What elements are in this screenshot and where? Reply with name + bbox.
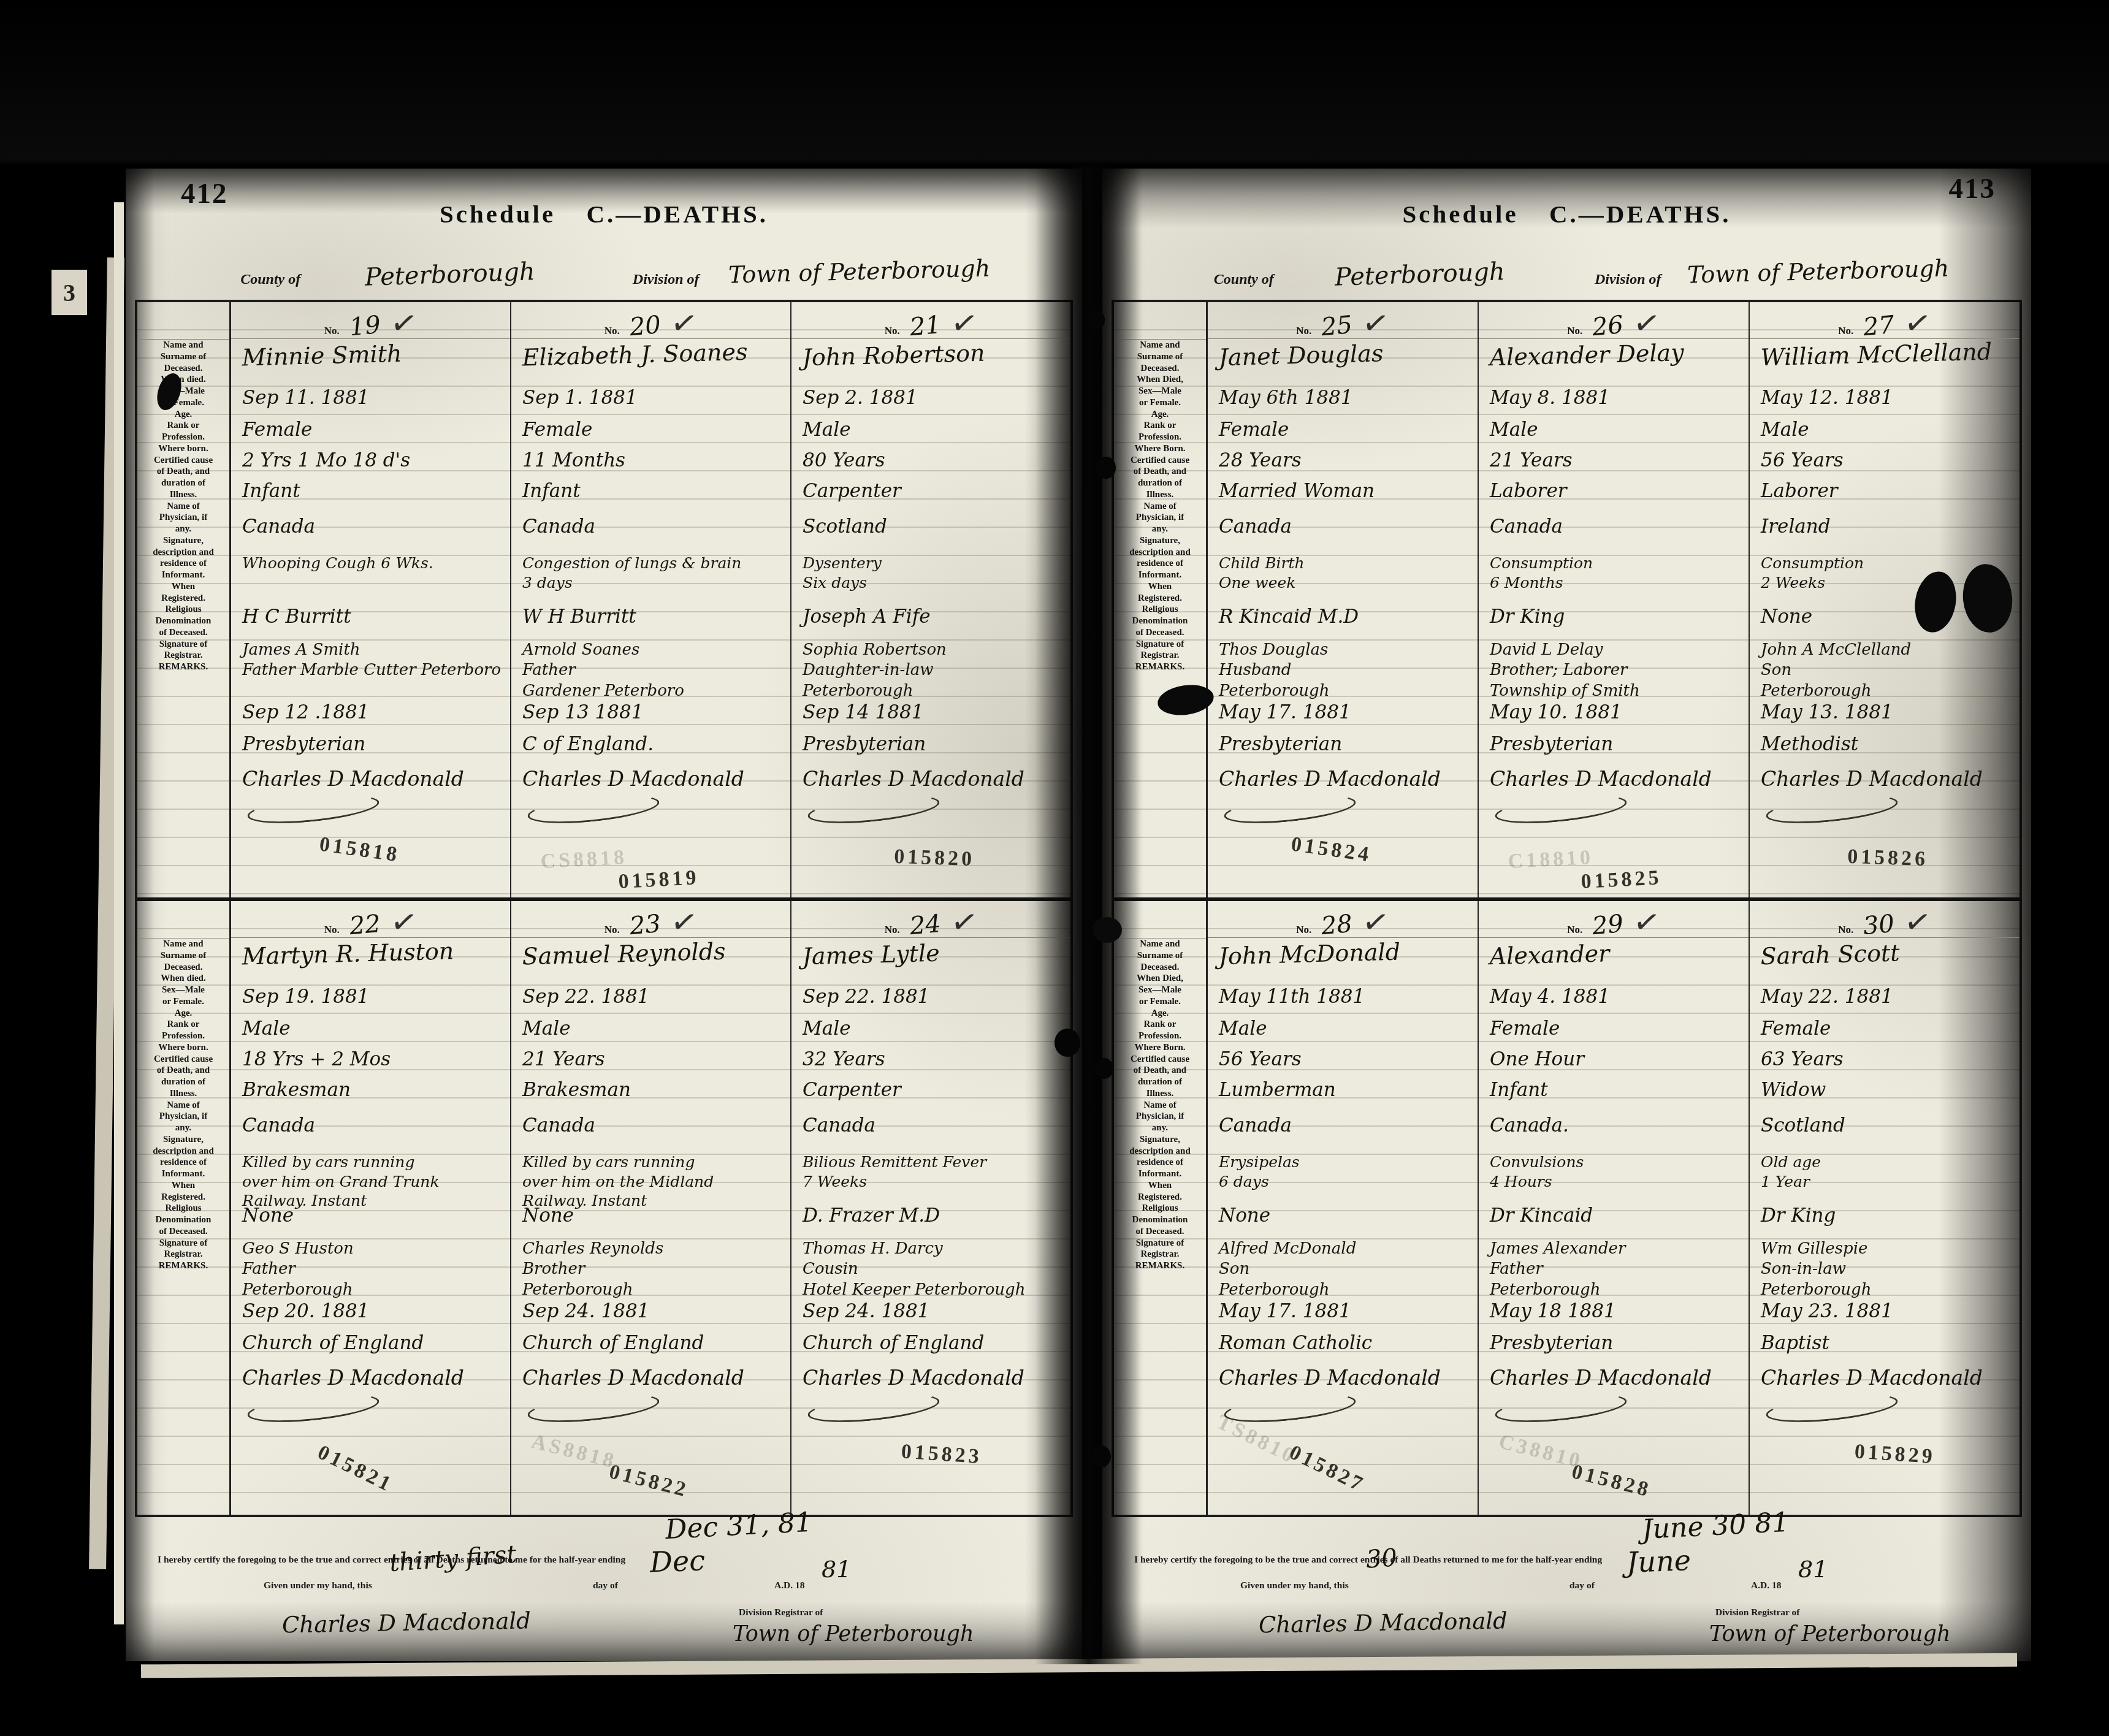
remarks-stamp-number: 015824	[1289, 832, 1373, 867]
age: 63 Years	[1750, 1046, 2019, 1077]
sex: Male	[1479, 417, 1749, 447]
cause-of-death: Killed by cars running over him on Grand…	[231, 1151, 510, 1203]
age: 32 Years	[791, 1046, 1070, 1077]
sex: Female	[1479, 1016, 1749, 1046]
date-registered: May 17. 1881	[1208, 1298, 1478, 1330]
no-label: No.	[1838, 325, 1853, 337]
rank-profession: Infant	[1479, 1077, 1749, 1113]
deceased-name: William McClelland	[1749, 335, 2020, 388]
record-number-row: No. 29 ✓	[1479, 901, 1749, 938]
remarks-stamp-number: 015822	[606, 1460, 690, 1502]
deceased-name: Alexander Delay	[1478, 335, 1749, 388]
registrar-division-value: Town of Peterborough	[1709, 1622, 1950, 1647]
record-number-row: No. 21 ✓	[791, 302, 1070, 339]
informant: John A McClelland Son Peterborough	[1750, 638, 2019, 699]
cause-of-death: Killed by cars running over him on the M…	[511, 1151, 790, 1203]
schedule-title: Schedule C.—DEATHS.	[1102, 199, 2031, 229]
rank-profession: Brakesman	[511, 1077, 790, 1113]
remarks-stamp-number: 015825	[1581, 866, 1663, 894]
row-label: Certified cause of Death, and duration o…	[137, 455, 229, 501]
registrar-signature: Charles D Macdonald	[1259, 1607, 1508, 1638]
county-value: Peterborough	[364, 257, 535, 292]
remarks-stamp-number: 015829	[1854, 1440, 1936, 1469]
age: 2 Yrs 1 Mo 18 d's	[231, 447, 510, 478]
remarks-stamp-number: 015821	[313, 1441, 396, 1497]
where-born: Canada	[1208, 1113, 1478, 1151]
certification-block: I hereby certify the foregoing to be the…	[1102, 1520, 2031, 1658]
ghost-stamp: C18810	[1508, 846, 1594, 874]
row-label: Name and Surname of Deceased.	[137, 340, 229, 374]
deceased-name: John Robertson	[791, 335, 1071, 389]
record-number-row: No. 30 ✓	[1750, 901, 2019, 938]
death-record-column: No. 20 ✓ Elizabeth J. Soanes Sep 1. 1881…	[510, 302, 790, 897]
scanned-register-spread: 3 412 Schedule C.—DEATHS. County of Pete…	[0, 0, 2109, 1736]
ad-18-text: A.D. 18	[774, 1580, 805, 1591]
cause-of-death: Convulsions 4 Hours	[1479, 1151, 1749, 1203]
no-header-spacer	[137, 302, 229, 340]
record-number-row: No. 24 ✓	[791, 901, 1070, 938]
record-number: 28	[1321, 913, 1354, 937]
deceased-name: Janet Douglas	[1207, 335, 1478, 388]
cause-of-death: Erysipelas 6 days	[1208, 1151, 1478, 1203]
rank-profession: Laborer	[1750, 478, 2019, 514]
no-label: No.	[324, 924, 340, 936]
religious-denomination: Presbyterian	[1479, 1330, 1749, 1364]
check-mark-icon: ✓	[668, 310, 699, 340]
where-born: Canada	[511, 514, 790, 552]
row-label-column: Name and Surname of Deceased.When died.S…	[137, 302, 231, 897]
row-label: Sex—Male or Female.	[137, 984, 229, 1008]
punch-hole	[1091, 1445, 1111, 1468]
death-date: Sep 2. 1881	[791, 385, 1070, 417]
physician: Dr King	[1750, 1203, 2019, 1237]
death-date: Sep 22. 1881	[791, 984, 1070, 1016]
death-record-column: No. 30 ✓ Sarah Scott May 22. 1881 Female…	[1749, 901, 2019, 1515]
rank-profession: Brakesman	[231, 1077, 510, 1113]
physician: Dr King	[1479, 604, 1749, 638]
registrar-signature: Charles D Macdonald	[1208, 1364, 1478, 1423]
row-label: REMARKS.	[137, 1260, 229, 1272]
registrar-signature: Charles D Macdonald	[1479, 765, 1749, 824]
row-label: Name and Surname of Deceased.	[137, 938, 229, 973]
physician: None	[511, 1203, 790, 1237]
age: 18 Yrs + 2 Mos	[231, 1046, 510, 1077]
religious-denomination: C of England.	[511, 731, 790, 765]
age: 80 Years	[791, 447, 1070, 478]
rank-profession: Carpenter	[791, 1077, 1070, 1113]
death-date: May 6th 1881	[1208, 385, 1478, 417]
sex: Male	[511, 1016, 790, 1046]
county-value: Peterborough	[1334, 257, 1505, 292]
row-label: Rank or Profession.	[137, 420, 229, 443]
religious-denomination: Presbyterian	[231, 731, 510, 765]
rank-profession: Laborer	[1479, 478, 1749, 514]
where-born: Canada	[1479, 514, 1749, 552]
no-label: No.	[1296, 325, 1311, 337]
informant: James Alexander Father Peterborough	[1479, 1237, 1749, 1298]
informant: Wm Gillespie Son-in-law Peterborough	[1750, 1237, 2019, 1298]
county-label: County of	[1214, 272, 1274, 288]
where-born: Canada	[231, 1113, 510, 1151]
sex: Male	[791, 417, 1070, 447]
entries-block-19-21: Name and Surname of Deceased.When died.S…	[137, 302, 1070, 901]
no-label: No.	[1567, 325, 1582, 337]
date-registered: Sep 14 1881	[791, 699, 1070, 731]
record-number: 20	[628, 314, 662, 338]
entries-block-28-30: Name and Surname of Deceased.When Died,S…	[1114, 901, 2019, 1515]
row-label: Age.	[137, 409, 229, 421]
deceased-name: Elizabeth J. Soanes	[511, 335, 791, 389]
physician: R Kincaid M.D	[1208, 604, 1478, 638]
death-date: Sep 19. 1881	[231, 984, 510, 1016]
where-born: Scotland	[791, 514, 1070, 552]
record-number-row: No. 28 ✓	[1208, 901, 1478, 938]
death-date: Sep 22. 1881	[511, 984, 790, 1016]
where-born: Scotland	[1750, 1113, 2019, 1151]
registrar-signature: Charles D Macdonald	[282, 1607, 532, 1638]
death-record-column: No. 23 ✓ Samuel Reynolds Sep 22. 1881 Ma…	[510, 901, 790, 1515]
row-label: Where born.	[137, 443, 229, 455]
informant: Alfred McDonald Son Peterborough	[1208, 1237, 1478, 1298]
division-value: Town of Peterborough	[1687, 254, 1950, 288]
deceased-name: Alexander	[1478, 934, 1749, 987]
row-label: Signature, description and residence of …	[137, 535, 229, 581]
row-label: Name of Physician, if any.	[137, 1100, 229, 1134]
check-mark-icon: ✓	[948, 310, 979, 340]
entries-block-22-24: Name and Surname of Deceased.When died.S…	[137, 901, 1070, 1515]
record-number: 22	[348, 913, 381, 937]
row-label: Signature of Registrar.	[137, 639, 229, 662]
remarks-cell: 015825 C18810	[1479, 824, 1749, 897]
registrar-signature: Charles D Macdonald	[1208, 765, 1478, 824]
death-record-column: No. 29 ✓ Alexander May 4. 1881 Female On…	[1478, 901, 1749, 1515]
division-label: Division of	[633, 272, 700, 288]
registrar-signature: Charles D Macdonald	[791, 1364, 1070, 1423]
day-of-text: day of	[1569, 1580, 1595, 1591]
row-label: Certified cause of Death, and duration o…	[137, 1054, 229, 1100]
punch-hole	[1086, 310, 1105, 330]
sex: Female	[1208, 417, 1478, 447]
no-label: No.	[324, 325, 340, 337]
death-date: May 12. 1881	[1750, 385, 2019, 417]
deceased-name: John McDonald	[1207, 934, 1478, 987]
death-date: Sep 11. 1881	[231, 385, 510, 417]
row-label: Signature, description and residence of …	[137, 1134, 229, 1180]
check-mark-icon: ✓	[668, 908, 699, 938]
religious-denomination: Baptist	[1750, 1330, 2019, 1364]
death-record-column: No. 19 ✓ Minnie Smith Sep 11. 1881 Femal…	[231, 302, 510, 897]
certification-month-value: Dec	[649, 1544, 706, 1578]
punch-hole	[1095, 1058, 1113, 1079]
check-mark-icon: ✓	[1902, 310, 1933, 340]
religious-denomination: Presbyterian	[1479, 731, 1749, 765]
deceased-name: Martyn R. Huston	[231, 934, 511, 988]
sex: Male	[231, 1016, 510, 1046]
division-value: Town of Peterborough	[728, 254, 990, 288]
rank-profession: Lumberman	[1208, 1077, 1478, 1113]
death-date: May 11th 1881	[1208, 984, 1478, 1016]
row-label: REMARKS.	[137, 661, 229, 673]
physician: D. Frazer M.D	[791, 1203, 1070, 1237]
record-number: 21	[909, 314, 942, 338]
no-label: No.	[1567, 924, 1582, 936]
punch-hole	[1054, 1029, 1080, 1057]
deaths-table: Name and Surname of Deceased.When died.S…	[135, 300, 1073, 1517]
date-registered: Sep 24. 1881	[511, 1298, 790, 1330]
sex: Male	[1750, 417, 2019, 447]
date-registered: Sep 13 1881	[511, 699, 790, 731]
record-number-row: No. 25 ✓	[1208, 302, 1478, 339]
informant: David L Delay Brother; Laborer Township …	[1479, 638, 1749, 699]
death-record-column: No. 21 ✓ John Robertson Sep 2. 1881 Male…	[790, 302, 1070, 897]
county-division-row: County of Peterborough Division of Town …	[1102, 261, 2031, 300]
row-label: When Registered.	[137, 1180, 229, 1203]
age: 11 Months	[511, 447, 790, 478]
register-page-left: 412 Schedule C.—DEATHS. County of Peterb…	[126, 169, 1082, 1661]
remarks-stamp-number: 015828	[1569, 1460, 1653, 1502]
record-number: 27	[1863, 314, 1896, 338]
certification-month-value: June	[1626, 1544, 1691, 1579]
rank-profession: Widow	[1750, 1077, 2019, 1113]
record-number: 24	[909, 913, 942, 937]
physician: W H Burritt	[511, 604, 790, 638]
row-label: Sex—Male or Female.	[137, 386, 229, 409]
remarks-cell: 015818	[231, 824, 510, 897]
registrar-signature: Charles D Macdonald	[511, 765, 790, 824]
cause-of-death: Child Birth One week	[1208, 552, 1478, 604]
date-registered: May 13. 1881	[1750, 699, 2019, 731]
punch-hole	[1096, 457, 1116, 479]
certification-day-value: 30	[1365, 1544, 1398, 1574]
check-mark-icon: ✓	[948, 908, 979, 938]
record-number: 19	[348, 314, 381, 338]
no-label: No.	[1296, 924, 1311, 936]
record-number-row: No. 26 ✓	[1479, 302, 1749, 339]
date-registered: Sep 20. 1881	[231, 1298, 510, 1330]
date-registered: May 23. 1881	[1750, 1298, 2019, 1330]
record-number-row: No. 22 ✓	[231, 901, 510, 938]
division-label: Division of	[1595, 272, 1661, 288]
division-registrar-of-text: Division Registrar of	[739, 1607, 823, 1618]
row-label: Religious Denomination of Deceased.	[137, 1203, 229, 1237]
certification-year-value: 81	[1798, 1556, 1828, 1583]
remarks-cell: 015823	[791, 1423, 1070, 1515]
informant: Thomas H. Darcy Cousin Hotel Keeper Pete…	[791, 1237, 1070, 1298]
record-number: 23	[628, 913, 662, 937]
deceased-name: Minnie Smith	[231, 335, 511, 389]
row-label: Age.	[137, 1008, 229, 1019]
registrar-signature: Charles D Macdonald	[791, 765, 1070, 824]
record-number: 29	[1592, 913, 1625, 937]
informant: Thos Douglas Husband Peterborough	[1208, 638, 1478, 699]
certification-year-value: 81	[822, 1556, 851, 1583]
certification-block: I hereby certify the foregoing to be the…	[126, 1520, 1082, 1658]
death-record-column: No. 25 ✓ Janet Douglas May 6th 1881 Fema…	[1208, 302, 1478, 897]
death-record-column: No. 26 ✓ Alexander Delay May 8. 1881 Mal…	[1478, 302, 1749, 897]
death-date: Sep 1. 1881	[511, 385, 790, 417]
row-label: When died.	[137, 374, 229, 386]
age: 28 Years	[1208, 447, 1478, 478]
row-label-column: Name and Surname of Deceased.When died.S…	[137, 901, 231, 1515]
remarks-cell: 015821	[231, 1423, 510, 1515]
date-registered: May 17. 1881	[1208, 699, 1478, 731]
religious-denomination: Church of England	[231, 1330, 510, 1364]
remarks-stamp-number: 015823	[900, 1440, 982, 1469]
deceased-name: Samuel Reynolds	[511, 934, 791, 988]
registrar-signature: Charles D Macdonald	[1750, 1364, 2019, 1423]
check-mark-icon: ✓	[1631, 908, 1662, 938]
county-division-row: County of Peterborough Division of Town …	[126, 261, 1082, 300]
remarks-stamp-number: 015819	[617, 866, 700, 894]
informant: Arnold Soanes Father Gardener Peterboro	[511, 638, 790, 699]
death-date: May 8. 1881	[1479, 385, 1749, 417]
rank-profession: Married Woman	[1208, 478, 1478, 514]
registrar-signature: Charles D Macdonald	[511, 1364, 790, 1423]
ad-18-text: A.D. 18	[1751, 1580, 1782, 1591]
no-label: No.	[1838, 924, 1853, 936]
check-mark-icon: ✓	[388, 310, 419, 340]
date-registered: May 18 1881	[1479, 1298, 1749, 1330]
no-label: No.	[885, 325, 900, 337]
page-stack-edge	[114, 202, 124, 1624]
remarks-cell: 015822 AS8818	[511, 1423, 790, 1515]
given-under-hand-text: Given under my hand, this	[1240, 1580, 1349, 1591]
sex: Female	[1750, 1016, 2019, 1046]
division-registrar-of-text: Division Registrar of	[1715, 1607, 1799, 1618]
registrar-signature: Charles D Macdonald	[1750, 765, 2019, 824]
religious-denomination: Roman Catholic	[1208, 1330, 1478, 1364]
row-label: Where born.	[137, 1042, 229, 1054]
physician: Dr Kincaid	[1479, 1203, 1749, 1237]
ink-blot	[1093, 917, 1122, 943]
death-record-column: No. 24 ✓ James Lytle Sep 22. 1881 Male 3…	[790, 901, 1070, 1515]
cause-of-death: Dysentery Six days	[791, 552, 1070, 604]
record-number-row: No. 27 ✓	[1750, 302, 2019, 339]
cause-of-death: Consumption 6 Months	[1479, 552, 1749, 604]
cause-of-death: Whooping Cough 6 Wks.	[231, 552, 510, 604]
remarks-cell: 015826	[1750, 824, 2019, 897]
row-label: Rank or Profession.	[137, 1019, 229, 1042]
ghost-stamp: C38810	[1497, 1430, 1585, 1474]
record-number-row: No. 19 ✓	[231, 302, 510, 339]
where-born: Ireland	[1750, 514, 2019, 552]
date-registered: Sep 24. 1881	[791, 1298, 1070, 1330]
informant: Geo S Huston Father Peterborough	[231, 1237, 510, 1298]
age: 21 Years	[1479, 447, 1749, 478]
check-mark-icon: ✓	[1360, 908, 1391, 938]
no-label: No.	[604, 924, 620, 936]
death-date: May 4. 1881	[1479, 984, 1749, 1016]
age: 56 Years	[1208, 1046, 1478, 1077]
remarks-cell: 015819 CS8818	[511, 824, 790, 897]
check-mark-icon: ✓	[1902, 908, 1933, 938]
book-gutter-shadow	[1035, 166, 1143, 1664]
row-label: Name of Physician, if any.	[137, 501, 229, 535]
registrar-division-value: Town of Peterborough	[733, 1622, 974, 1647]
county-label: County of	[240, 272, 300, 288]
record-number: 30	[1863, 913, 1896, 937]
religious-denomination: Methodist	[1750, 731, 2019, 765]
remarks-stamp-number: 015820	[893, 845, 975, 871]
row-label: Signature of Registrar.	[137, 1238, 229, 1261]
date-registered: May 10. 1881	[1479, 699, 1749, 731]
remarks-cell: 015829	[1750, 1423, 2019, 1515]
physician: None	[1208, 1203, 1478, 1237]
death-record-column: No. 28 ✓ John McDonald May 11th 1881 Mal…	[1208, 901, 1478, 1515]
record-number-row: No. 23 ✓	[511, 901, 790, 938]
rank-profession: Carpenter	[791, 478, 1070, 514]
record-number: 26	[1592, 314, 1625, 338]
age: 56 Years	[1750, 447, 2019, 478]
certification-day-value: thirty first	[389, 1540, 517, 1577]
cause-of-death: Bilious Remittent Fever 7 Weeks	[791, 1151, 1070, 1203]
sex: Female	[511, 417, 790, 447]
physician: Joseph A Fife	[791, 604, 1070, 638]
cause-of-death: Congestion of lungs & brain 3 days	[511, 552, 790, 604]
day-of-text: day of	[593, 1580, 618, 1591]
remarks-cell: 015820	[791, 824, 1070, 897]
sex: Male	[1208, 1016, 1478, 1046]
no-label: No.	[604, 325, 620, 337]
religious-denomination: Presbyterian	[1208, 731, 1478, 765]
check-mark-icon: ✓	[1631, 310, 1662, 340]
rank-profession: Infant	[231, 478, 510, 514]
remarks-cell: 015827 TS8810	[1208, 1423, 1478, 1515]
where-born: Canada	[511, 1113, 790, 1151]
no-label: No.	[885, 924, 900, 936]
deceased-name: Sarah Scott	[1749, 934, 2020, 987]
where-born: Canada	[231, 514, 510, 552]
cause-of-death: Old age 1 Year	[1750, 1151, 2019, 1203]
physician: H C Burritt	[231, 604, 510, 638]
deaths-table: Name and Surname of Deceased.When Died,S…	[1112, 300, 2022, 1517]
remarks-cell: 015824	[1208, 824, 1478, 897]
age: 21 Years	[511, 1046, 790, 1077]
no-header-spacer	[137, 901, 229, 938]
schedule-title: Schedule C.—DEATHS.	[126, 199, 1082, 229]
deceased-name: James Lytle	[791, 934, 1071, 988]
informant: Sophia Robertson Daughter-in-law Peterbo…	[791, 638, 1070, 699]
informant: James A Smith Father Marble Cutter Peter…	[231, 638, 510, 699]
row-label: When Registered.	[137, 581, 229, 604]
check-mark-icon: ✓	[388, 908, 419, 938]
where-born: Canada	[1208, 514, 1478, 552]
remarks-stamp-number: 015818	[318, 832, 401, 867]
age: One Hour	[1479, 1046, 1749, 1077]
register-page-right: 413 Schedule C.—DEATHS. County of Peterb…	[1102, 169, 2031, 1661]
where-born: Canada	[791, 1113, 1070, 1151]
underlying-page-number: 3	[51, 270, 87, 315]
registrar-signature: Charles D Macdonald	[1479, 1364, 1749, 1423]
check-mark-icon: ✓	[1360, 310, 1391, 340]
record-number: 25	[1321, 314, 1354, 338]
rank-profession: Infant	[511, 478, 790, 514]
death-date: May 22. 1881	[1750, 984, 2019, 1016]
religious-denomination: Church of England	[791, 1330, 1070, 1364]
sex: Female	[231, 417, 510, 447]
underlying-page-number-value: 3	[63, 278, 75, 307]
physician: None	[231, 1203, 510, 1237]
informant: Charles Reynolds Brother Peterborough	[511, 1237, 790, 1298]
registrar-signature: Charles D Macdonald	[231, 765, 510, 824]
row-label: Religious Denomination of Deceased.	[137, 604, 229, 638]
death-record-column: No. 22 ✓ Martyn R. Huston Sep 19. 1881 M…	[231, 901, 510, 1515]
ghost-stamp: AS8818	[529, 1430, 619, 1474]
sex: Male	[791, 1016, 1070, 1046]
ghost-stamp: CS8818	[540, 846, 628, 874]
remarks-stamp-number: 015826	[1847, 845, 1929, 871]
given-under-hand-text: Given under my hand, this	[264, 1580, 372, 1591]
